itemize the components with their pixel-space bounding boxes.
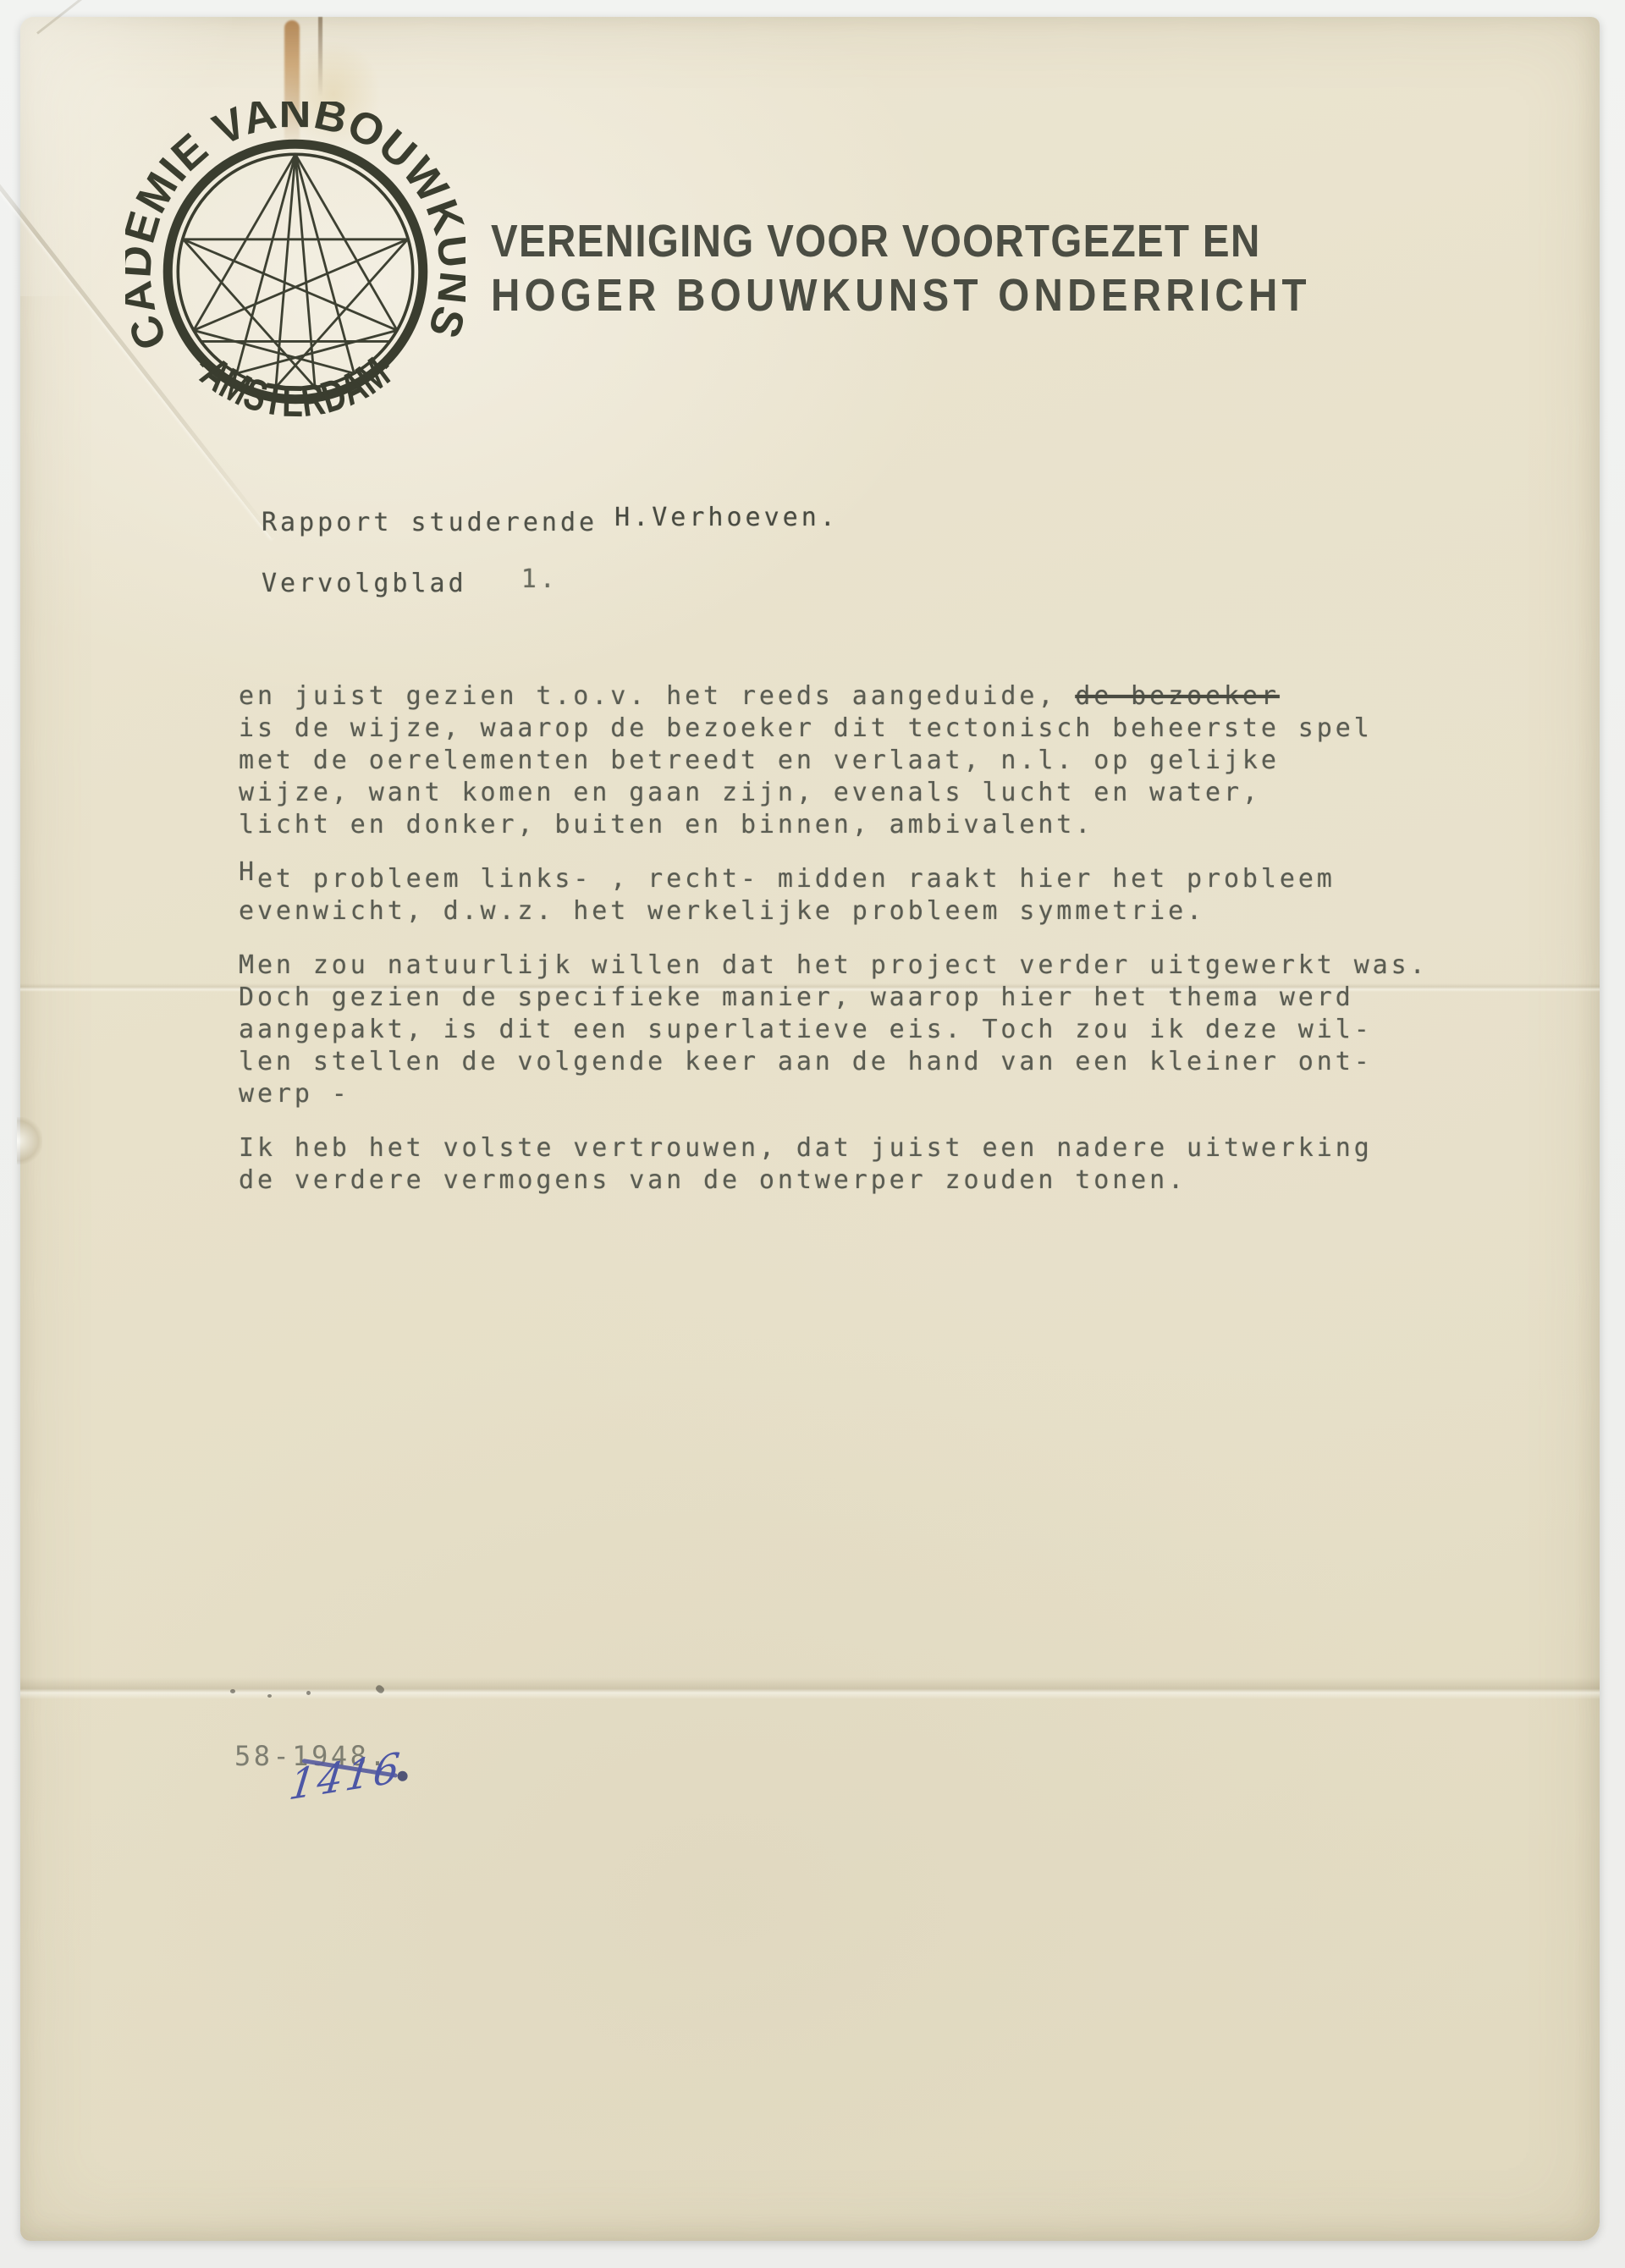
typewritten-line: met de oerelementen betreedt en verlaat,… [239, 745, 1559, 777]
seal-text-bottom: ·AMSTERDAM· [183, 344, 408, 427]
text-segment: licht en donker, buiten en binnen, ambiv… [239, 810, 1093, 839]
text-segment: de verdere vermogens van de ontwerper zo… [239, 1165, 1187, 1195]
text-segment: H [239, 856, 257, 889]
fold-line-lower [20, 1677, 1600, 1699]
scanned-document-background: ACADEMIE VANBOUWKUNST· ·AMSTERDAM· VEREN… [0, 0, 1625, 2268]
ink-speck [375, 1684, 386, 1695]
ink-speck [230, 1689, 235, 1693]
typewritten-line: evenwicht, d.w.z. het werkelijke problee… [239, 895, 1559, 928]
typewritten-line: len stellen de volgende keer aan de hand… [239, 1046, 1559, 1078]
typewritten-line: wijze, want komen en gaan zijn, evenals … [239, 777, 1559, 809]
text-segment: is de wijze, waarop de bezoeker dit tect… [239, 713, 1373, 743]
rapport-line: Rapport studerendeH.Verhoeven. [262, 508, 839, 537]
vervolgblad-number: 1. [521, 564, 559, 594]
paragraph: en juist gezien t.o.v. het reeds aangedu… [239, 680, 1559, 841]
vervolgblad-label: Vervolgblad [262, 569, 467, 598]
struck-text: de bezoeker [1075, 681, 1280, 711]
text-segment: wijze, want komen en gaan zijn, evenals … [239, 778, 1261, 807]
text-segment: en juist gezien t.o.v. het reeds aangedu… [239, 681, 1075, 711]
text-segment: Ik heb het volste vertrouwen, dat juist … [239, 1133, 1373, 1163]
typewritten-line: Doch gezien de specifieke manier, waarop… [239, 982, 1559, 1014]
report-body: en juist gezien t.o.v. het reeds aangedu… [239, 680, 1559, 1219]
vervolgblad-line: Vervolgblad1. [262, 569, 559, 598]
stain-thin-line [318, 17, 322, 96]
typewritten-line: de verdere vermogens van de ontwerper zo… [239, 1164, 1559, 1197]
text-segment: met de oerelementen betreedt en verlaat,… [239, 746, 1280, 775]
student-name: H.Verhoeven. [614, 503, 839, 532]
ink-speck [267, 1694, 272, 1698]
letterhead-line-2: HOGER BOUWKUNST ONDERRICHT [491, 268, 1311, 322]
typewritten-line: Men zou natuurlijk willen dat het projec… [239, 950, 1559, 982]
text-segment: Men zou natuurlijk willen dat het projec… [239, 950, 1429, 980]
paragraph: Ik heb het volste vertrouwen, dat juist … [239, 1132, 1559, 1197]
typewritten-line: is de wijze, waarop de bezoeker dit tect… [239, 713, 1559, 745]
typewritten-line: Ik heb het volste vertrouwen, dat juist … [239, 1132, 1559, 1164]
paragraph: Het probleem links- , recht- midden raak… [239, 863, 1559, 928]
typewritten-line: aangepakt, is dit een superlatieve eis. … [239, 1014, 1559, 1046]
text-segment: Doch gezien de specifieke manier, waarop… [239, 983, 1354, 1012]
typewritten-line: licht en donker, buiten en binnen, ambiv… [239, 809, 1559, 841]
typewritten-line: en juist gezien t.o.v. het reeds aangedu… [239, 680, 1559, 713]
typewritten-line: werp - [239, 1078, 1559, 1110]
left-edge-fold-notch [17, 1117, 42, 1164]
text-segment: evenwicht, d.w.z. het werkelijke problee… [239, 896, 1205, 926]
letterhead-line-1: VERENIGING VOOR VOORTGEZET EN [491, 214, 1311, 268]
academie-van-bouwkunst-seal: ACADEMIE VANBOUWKUNST· ·AMSTERDAM· [125, 102, 465, 442]
rapport-label: Rapport studerende [262, 508, 598, 537]
text-segment: len stellen de volgende keer aan de hand… [239, 1047, 1373, 1076]
text-segment: werp - [239, 1079, 350, 1109]
typewritten-line: Het probleem links- , recht- midden raak… [239, 863, 1559, 895]
ink-speck [306, 1691, 311, 1695]
document-page: ACADEMIE VANBOUWKUNST· ·AMSTERDAM· VEREN… [20, 17, 1600, 2241]
letterhead: VERENIGING VOOR VOORTGEZET EN HOGER BOUW… [491, 214, 1311, 322]
paragraph: Men zou natuurlijk willen dat het projec… [239, 950, 1559, 1110]
crease-top-left-short [36, 0, 165, 35]
text-segment: aangepakt, is dit een superlatieve eis. … [239, 1015, 1373, 1044]
text-segment: et probleem links- , recht- midden raakt… [257, 864, 1336, 894]
